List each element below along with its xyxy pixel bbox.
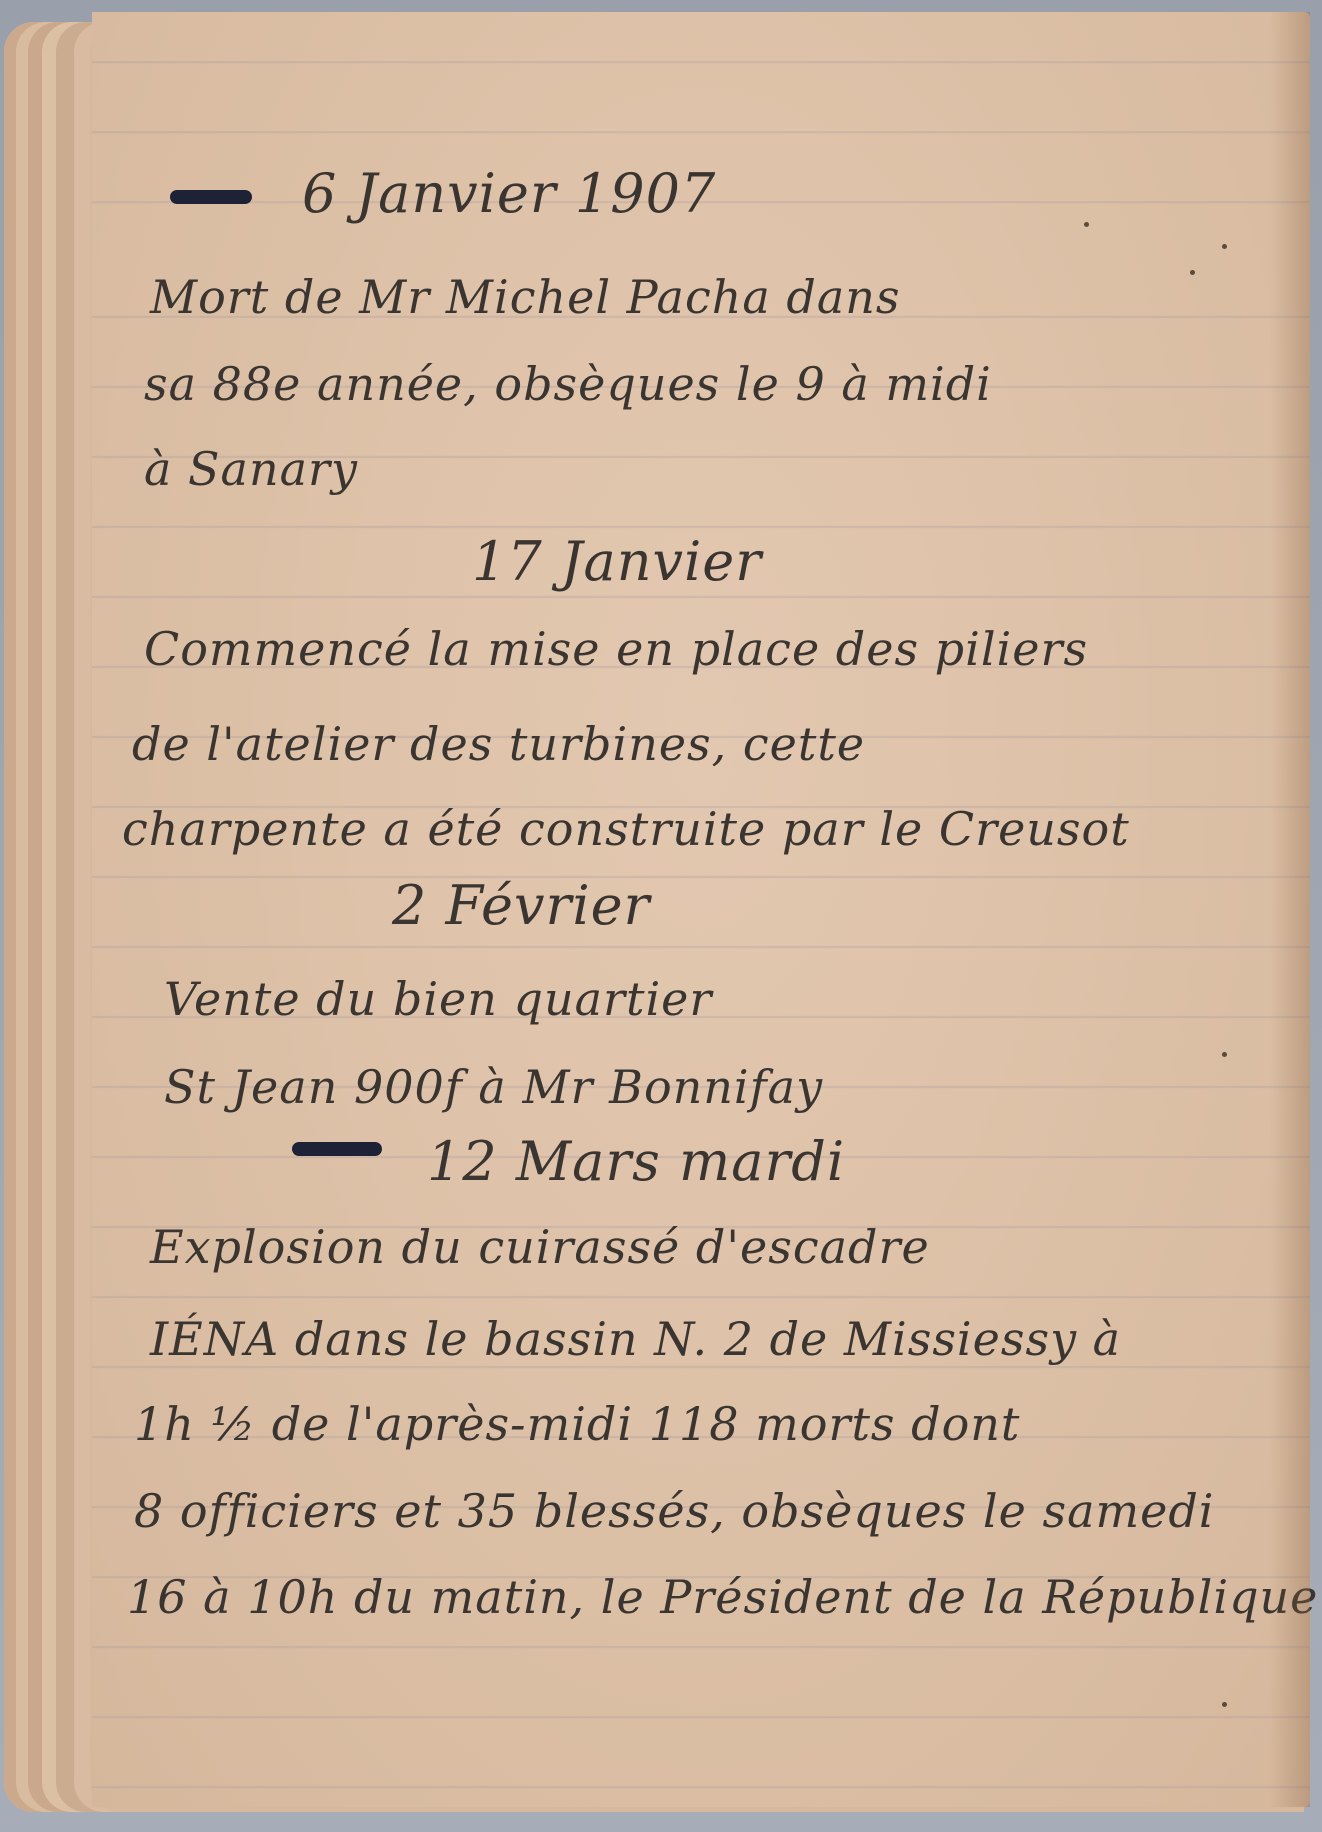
entry-line: Commencé la mise en place des piliers bbox=[144, 622, 1088, 676]
ink-marker-dash bbox=[170, 190, 252, 204]
entry-line: Vente du bien quartier bbox=[164, 972, 712, 1026]
paper-speck bbox=[1190, 270, 1195, 275]
entry-line: St Jean 900f à Mr Bonnifay bbox=[164, 1060, 823, 1114]
paper-speck bbox=[1222, 1052, 1227, 1057]
paper-speck bbox=[1222, 244, 1227, 249]
entry-date: 6 Janvier 1907 bbox=[302, 162, 716, 225]
entry-line: sa 88e année, obsèques le 9 à midi bbox=[144, 357, 992, 411]
entry-line: de l'atelier des turbines, cette bbox=[132, 717, 865, 771]
entry-date: 17 Janvier bbox=[472, 530, 762, 593]
scanned-notebook: 6 Janvier 1907 Mort de Mr Michel Pacha d… bbox=[0, 0, 1322, 1832]
paper-speck bbox=[1084, 222, 1089, 227]
ink-marker-dash bbox=[292, 1142, 382, 1156]
entry-line: Mort de Mr Michel Pacha dans bbox=[150, 270, 901, 324]
entry-date: 12 Mars mardi bbox=[427, 1130, 845, 1193]
notebook-page: 6 Janvier 1907 Mort de Mr Michel Pacha d… bbox=[92, 12, 1310, 1807]
entry-line: 16 à 10h du matin, le Président de la Ré… bbox=[127, 1570, 1318, 1624]
entry-line: Explosion du cuirassé d'escadre bbox=[150, 1220, 930, 1274]
entry-line: 8 officiers et 35 blessés, obsèques le s… bbox=[134, 1484, 1215, 1538]
entry-line: à Sanary bbox=[144, 442, 358, 496]
entry-line: charpente a été construite par le Creuso… bbox=[122, 802, 1130, 856]
entry-line: IÉNA dans le bassin N. 2 de Missiessy à bbox=[150, 1312, 1121, 1366]
paper-speck bbox=[1222, 1702, 1227, 1707]
entry-line: 1h ½ de l'après-midi 118 morts dont bbox=[134, 1397, 1020, 1451]
entry-date: 2 Février bbox=[392, 874, 650, 937]
